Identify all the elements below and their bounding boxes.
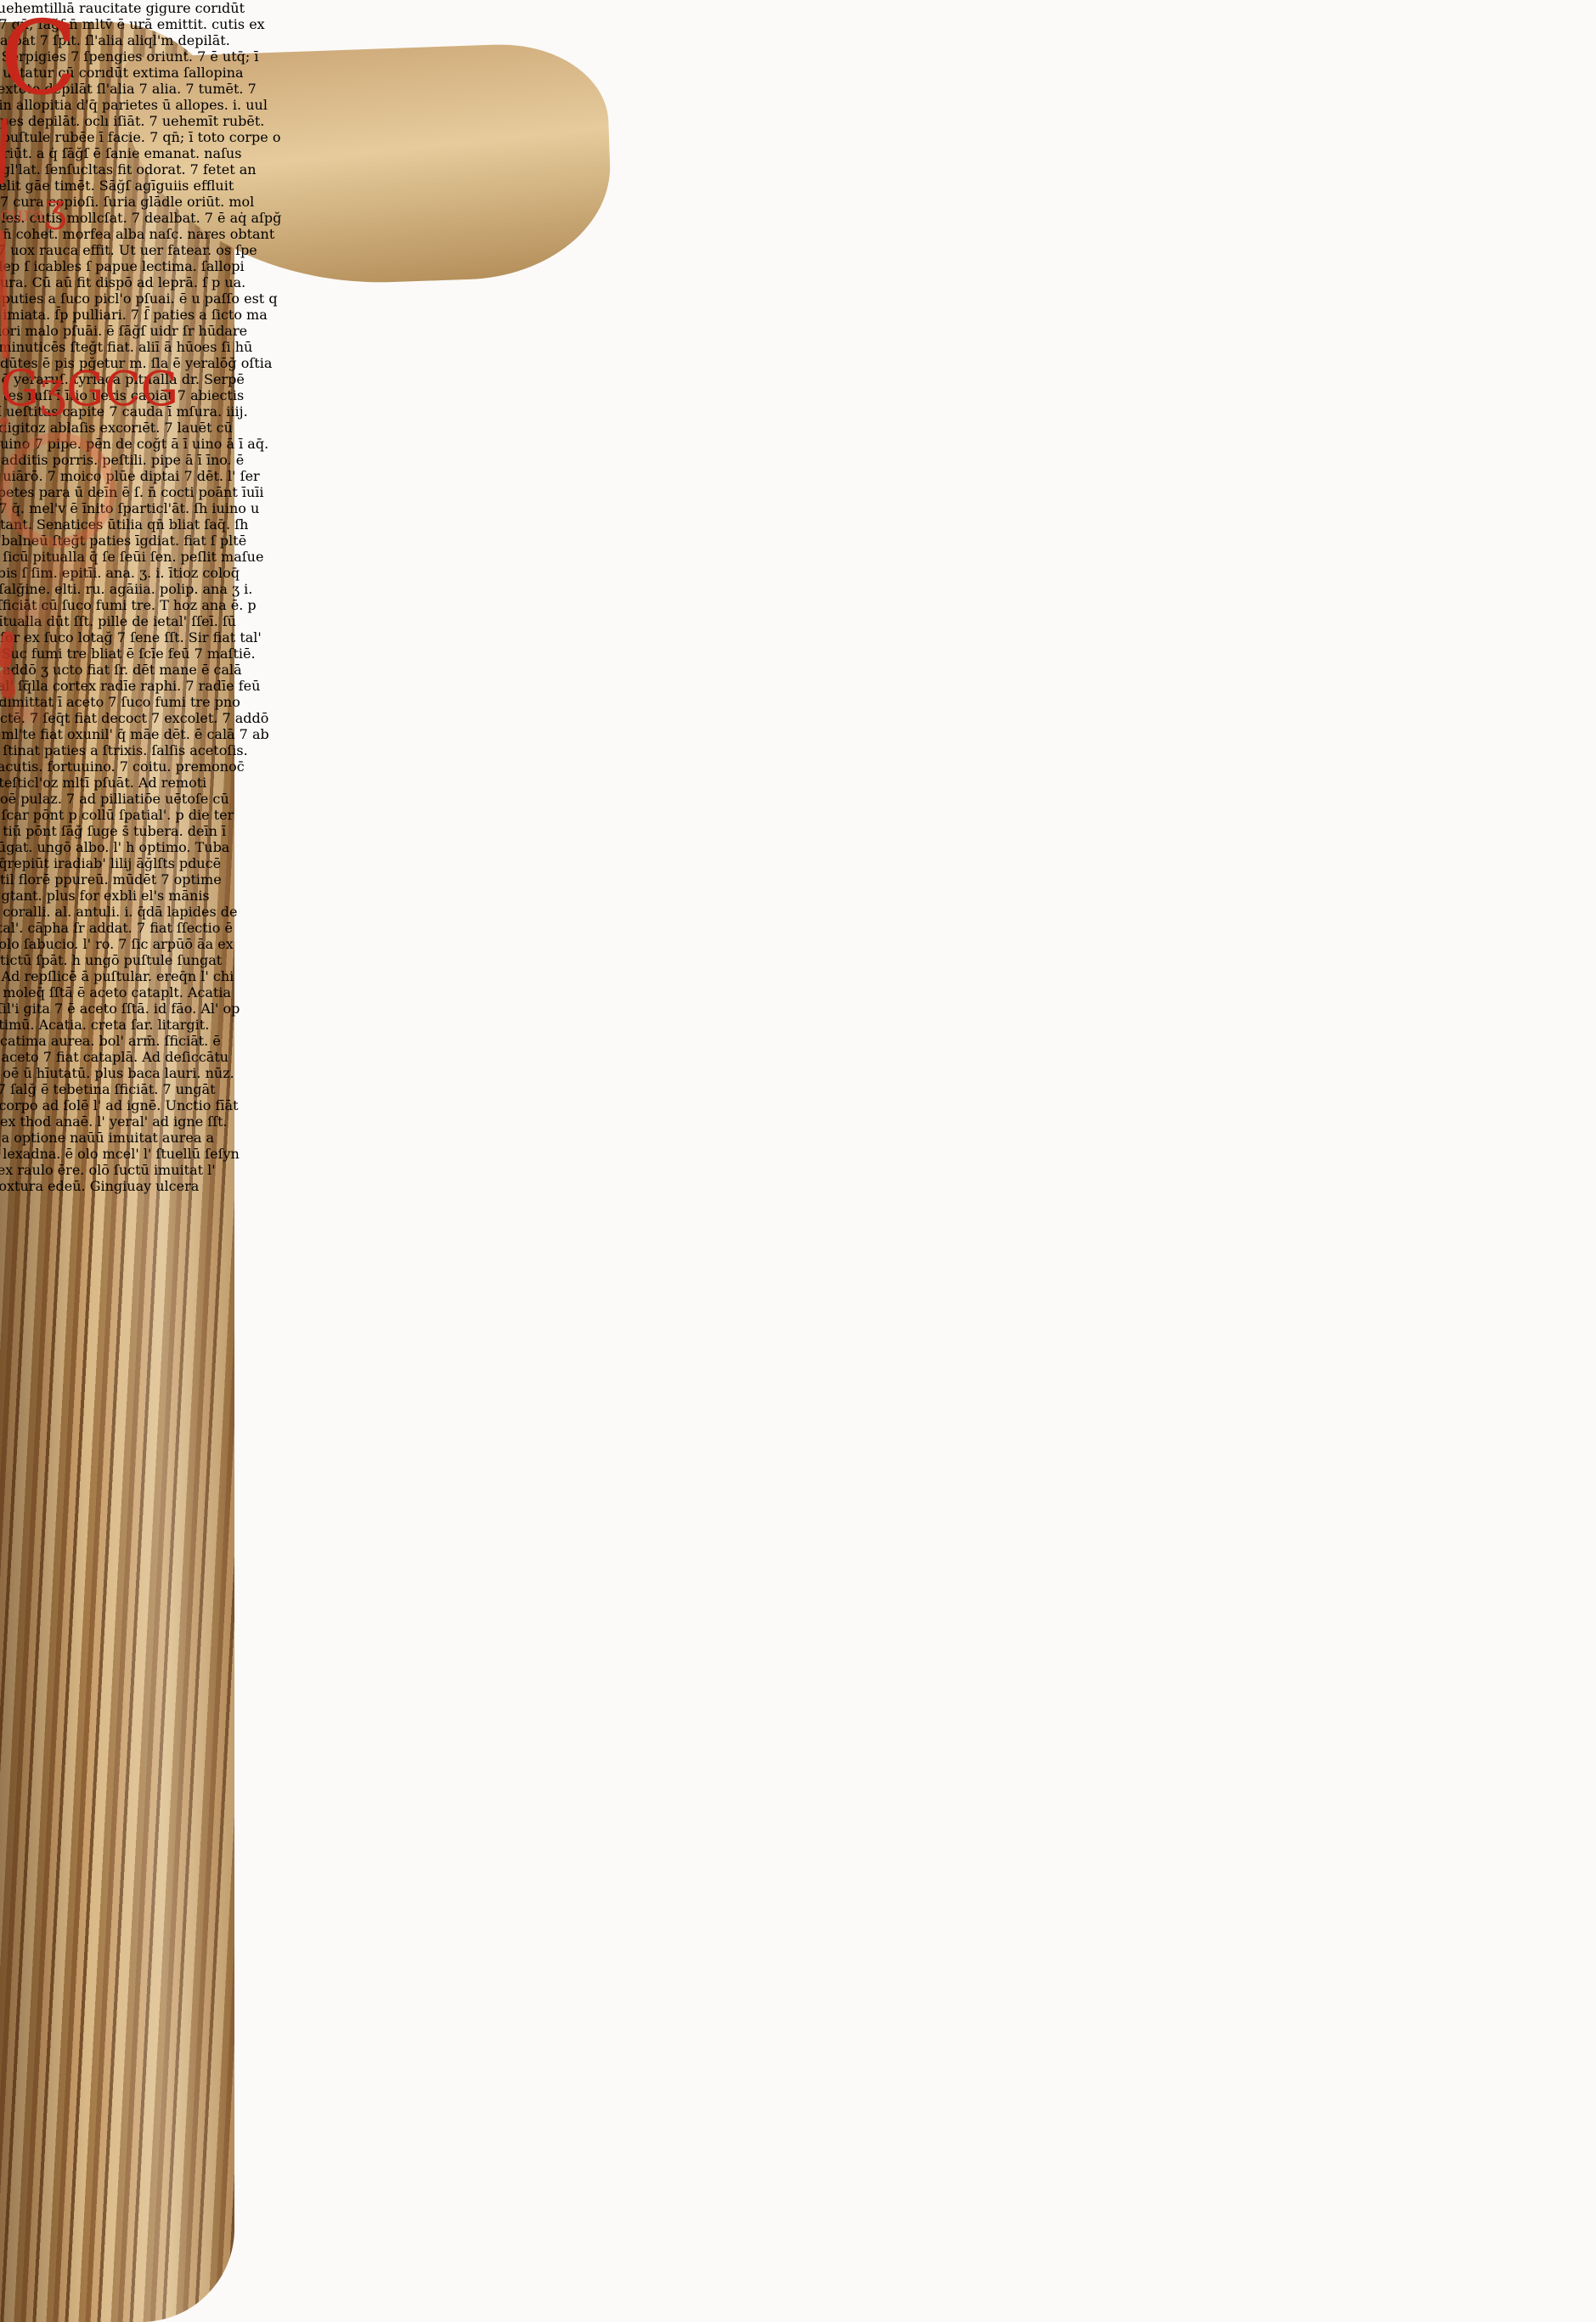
- red-initial-tail: [0, 118, 8, 184]
- manuscript-photo: uehemtillıā raucitate gigure corıdūt7 qn…: [0, 0, 1596, 2322]
- red-paraph-gingiuay: G: [141, 362, 179, 417]
- red-line-end-flourish: ʒ: [44, 184, 66, 230]
- facing-page-red-mark: [0, 630, 15, 669]
- red-margin-flourish: ʒ: [39, 362, 66, 417]
- red-gutter-stroke: [0, 230, 9, 359]
- red-margin-gloss: cura: [0, 204, 44, 226]
- red-paraph-ad-desiccatu: G: [66, 362, 104, 417]
- red-initial-a-optione: C: [104, 362, 141, 417]
- facing-page-red-mark: [0, 668, 16, 700]
- pink-smudge: [0, 592, 68, 631]
- red-dot: [0, 417, 8, 426]
- red-ring-stain: [0, 432, 116, 548]
- ink-speck: [0, 780, 3, 783]
- red-offset-smudge: [0, 548, 127, 592]
- rubric-and-stain-overlay: CcuraʒGʒGCG: [0, 0, 1596, 2322]
- red-paraph-ad-remoti: G: [0, 359, 39, 417]
- red-initial-c-cura: C: [0, 0, 78, 118]
- red-smudge: [0, 699, 51, 730]
- red-dot: [0, 426, 7, 432]
